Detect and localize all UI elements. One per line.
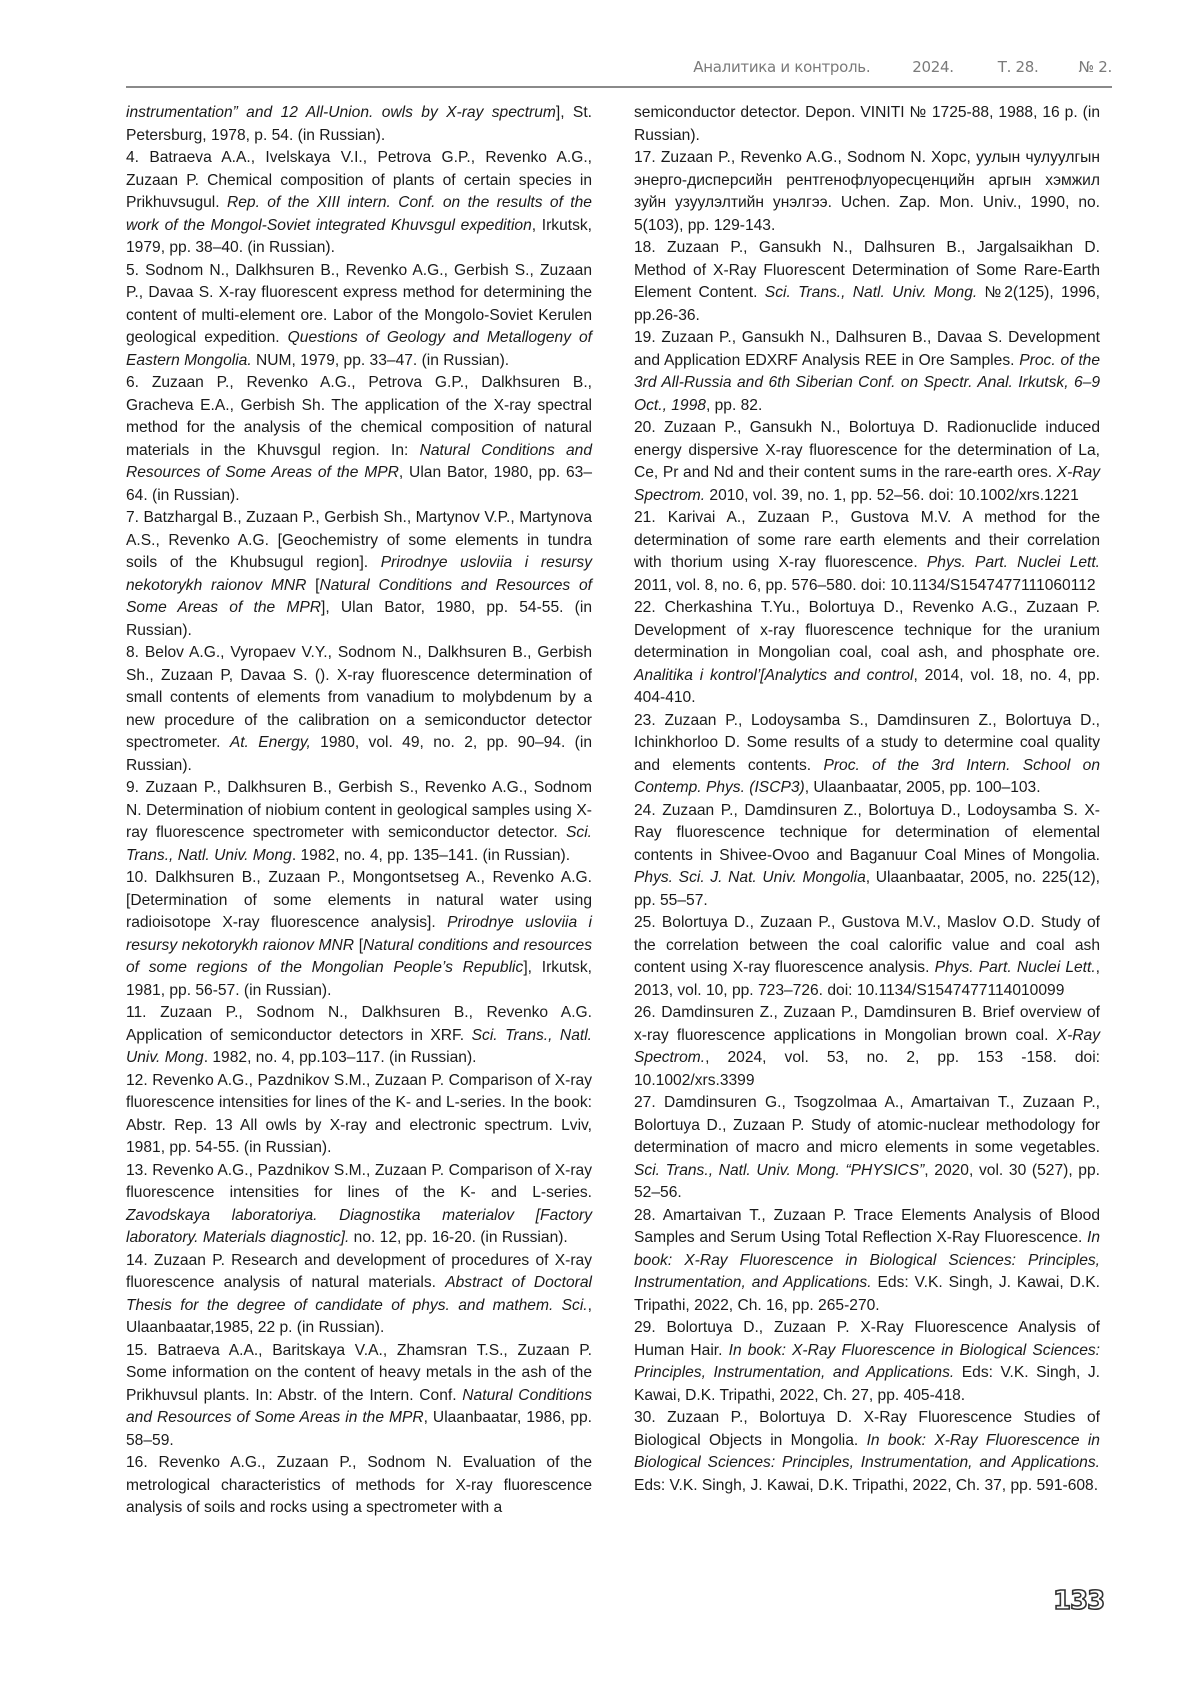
reference-text: 16. Revenko A.G., Zuzaan P., Sodnom N. E… [126,1454,592,1516]
reference-entry: 6. Zuzaan P., Revenko A.G., Petrova G.P.… [126,372,592,507]
reference-entry: 12. Revenko A.G., Pazdnikov S.M., Zuzaan… [126,1070,592,1160]
reference-entry: 27. Damdinsuren G., Tsogzolmaa A., Amart… [634,1092,1100,1205]
header-citation: Аналитика и контроль. 2024. Т. 28. № 2. [693,58,1112,76]
reference-entry: 4. Batraeva A.A., Ivelskaya V.I., Petrov… [126,147,592,260]
running-header: Аналитика и контроль. 2024. Т. 28. № 2. [126,58,1112,88]
reference-entry: 23. Zuzaan P., Lodoysamba S., Damdinsure… [634,710,1100,800]
reference-text: 2010, vol. 39, no. 1, pp. 52–56. doi: 10… [705,487,1079,504]
reference-text: , Ulaanbaatar, 2005, pp. 100–103. [805,779,1041,796]
reference-entry: 18. Zuzaan P., Gansukh N., Dalhsuren B.,… [634,237,1100,327]
reference-source-italic: Analitika i kontrol’[Analytics and contr… [634,667,913,684]
reference-text: no. 12, pp. 16-20. (in Russian). [349,1229,567,1246]
reference-text: 17. Zuzaan P., Revenko A.G., Sodnom N. Х… [634,149,1100,234]
reference-entry: 14. Zuzaan P. Research and development o… [126,1250,592,1340]
reference-entry: 5. Sodnom N., Dalkhsuren B., Revenko A.G… [126,260,592,373]
reference-source-italic: Sci. Trans., Natl. Univ. Mong. “PHYSICS” [634,1162,924,1179]
reference-text: 26. Damdinsuren Z., Zuzaan P., Damdinsur… [634,1004,1100,1044]
reference-entry: 28. Amartaivan T., Zuzaan P. Trace Eleme… [634,1205,1100,1318]
header-volume: Т. 28. [998,58,1039,76]
reference-entry: 11. Zuzaan P., Sodnom N., Dalkhsuren B.,… [126,1002,592,1070]
reference-entry: 15. Batraeva A.A., Baritskaya V.A., Zham… [126,1340,592,1453]
reference-text: 28. Amartaivan T., Zuzaan P. Trace Eleme… [634,1207,1100,1247]
reference-entry: 20. Zuzaan P., Gansukh N., Bolortuya D. … [634,417,1100,507]
reference-entry: 24. Zuzaan P., Damdinsuren Z., Bolortuya… [634,800,1100,913]
header-issue: № 2. [1079,58,1112,76]
reference-entry: 9. Zuzaan P., Dalkhsuren B., Gerbish S.,… [126,777,592,867]
header-journal-title: Аналитика и контроль. [693,58,870,76]
page-number: 133 [1053,1586,1104,1616]
reference-source-italic: Phys. Part. Nuclei Lett. [927,554,1100,571]
reference-entry: instrumentation” and 12 All-Union. owls … [126,102,592,147]
references-column-right: semiconductor detector. Depon. VINITI № … [634,102,1100,1497]
reference-text: . 1982, no. 4, pp. 135–141. (in Russian)… [292,847,570,864]
reference-source-italic: Phys. Part. Nuclei Lett. [935,959,1096,976]
reference-text: Eds: V.K. Singh, J. Kawai, D.K. Tripathi… [634,1477,1098,1494]
reference-text: 20. Zuzaan P., Gansukh N., Bolortuya D. … [634,419,1100,481]
reference-text: 13. Revenko A.G., Pazdnikov S.M., Zuzaan… [126,1162,592,1202]
reference-source-italic: Sci. Trans., Natl. Univ. Mong. [765,284,977,301]
reference-source-italic: Phys. Sci. J. Nat. Univ. Mongolia [634,869,866,886]
reference-entry: 30. Zuzaan P., Bolortuya D. X-Ray Fluore… [634,1407,1100,1497]
reference-text: . 1982, no. 4, pp.103–117. (in Russian). [204,1049,477,1066]
reference-text: 12. Revenko A.G., Pazdnikov S.M., Zuzaan… [126,1072,592,1157]
reference-text: 9. Zuzaan P., Dalkhsuren B., Gerbish S.,… [126,779,592,841]
reference-entry: semiconductor detector. Depon. VINITI № … [634,102,1100,147]
reference-entry: 17. Zuzaan P., Revenko A.G., Sodnom N. Х… [634,147,1100,237]
reference-entry: 19. Zuzaan P., Gansukh N., Dalhsuren B.,… [634,327,1100,417]
reference-entry: 26. Damdinsuren Z., Zuzaan P., Damdinsur… [634,1002,1100,1092]
reference-text: [ [354,937,363,954]
reference-text: 27. Damdinsuren G., Tsogzolmaa A., Amart… [634,1094,1100,1156]
reference-source-italic: At. Energy, [230,734,311,751]
reference-text: [ [306,577,319,594]
reference-entry: 10. Dalkhsuren B., Zuzaan P., Mongontset… [126,867,592,1002]
reference-text: NUM, 1979, pp. 33–47. (in Russian). [252,352,509,369]
reference-source-italic: instrumentation” and 12 All-Union. owls … [126,104,556,121]
reference-entry: 22. Cherkashina T.Yu., Bolortuya D., Rev… [634,597,1100,710]
reference-entry: 7. Batzhargal B., Zuzaan P., Gerbish Sh.… [126,507,592,642]
reference-entry: 21. Karivai A., Zuzaan P., Gustova M.V. … [634,507,1100,597]
reference-entry: 13. Revenko A.G., Pazdnikov S.M., Zuzaan… [126,1160,592,1250]
reference-text: 24. Zuzaan P., Damdinsuren Z., Bolortuya… [634,802,1100,864]
reference-entry: 29. Bolortuya D., Zuzaan P. X-Ray Fluore… [634,1317,1100,1407]
reference-text: , pp. 82. [706,397,762,414]
header-year: 2024. [912,58,953,76]
reference-text: semiconductor detector. Depon. VINITI № … [634,104,1100,144]
reference-entry: 25. Bolortuya D., Zuzaan P., Gustova M.V… [634,912,1100,1002]
reference-entry: 16. Revenko A.G., Zuzaan P., Sodnom N. E… [126,1452,592,1520]
references-column-left: instrumentation” and 12 All-Union. owls … [126,102,592,1520]
reference-text: 22. Cherkashina T.Yu., Bolortuya D., Rev… [634,599,1100,661]
reference-text: 2011, vol. 8, no. 6, pp. 576–580. doi: 1… [634,577,1096,594]
reference-entry: 8. Belov A.G., Vyropaev V.Y., Sodnom N.,… [126,642,592,777]
